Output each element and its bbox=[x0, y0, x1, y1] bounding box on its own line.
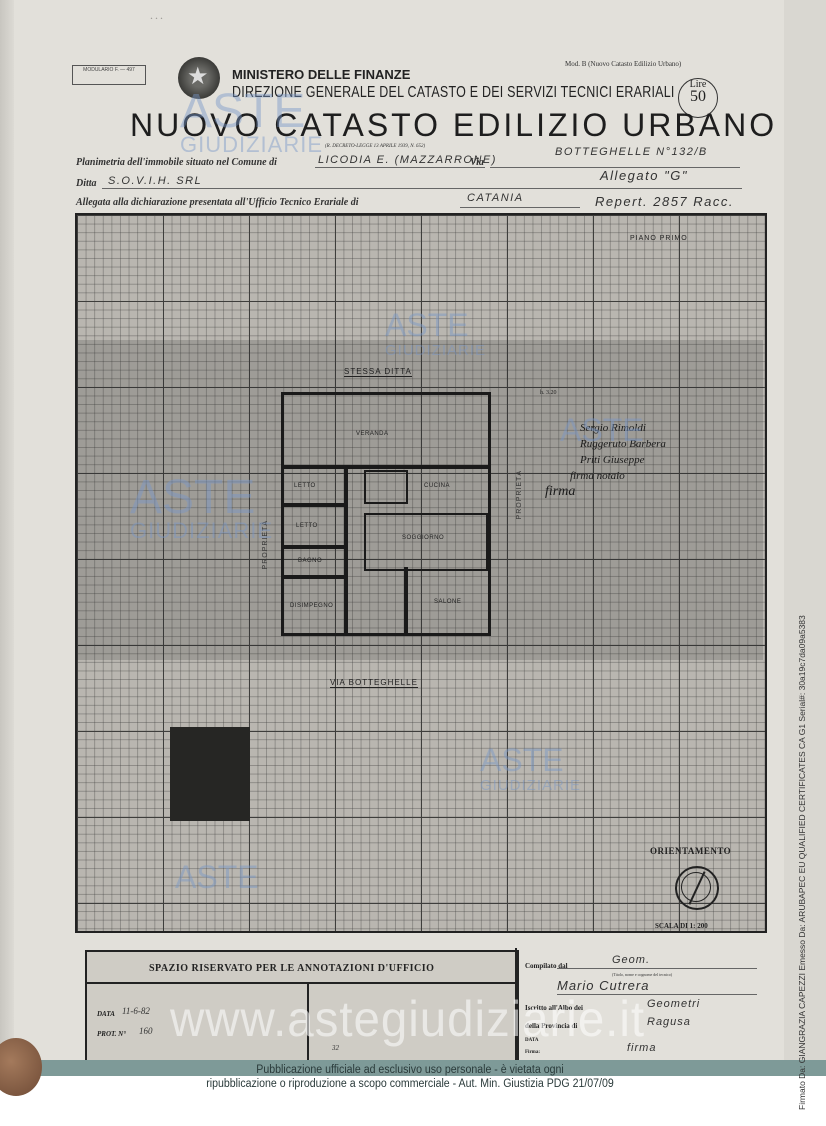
room-label: VERANDA bbox=[356, 431, 389, 437]
decree-reference: (R. DECRETO-LEGGE 13 APRILE 1939, N. 652… bbox=[325, 144, 425, 149]
room-label: DISIMPEGNO bbox=[290, 603, 333, 609]
watermark-sub: GIUDIZIARIE bbox=[180, 134, 323, 156]
right-boundary-label: PROPRIETÀ bbox=[516, 470, 523, 519]
floor-label: PIANO PRIMO bbox=[630, 235, 688, 242]
allegata-label: Allegata alla dichiarazione presentata a… bbox=[76, 197, 359, 208]
signature: firma notaio bbox=[570, 468, 666, 484]
repertorio-note: Repert. 2857 Racc. bbox=[595, 194, 734, 209]
redacted-area bbox=[170, 727, 250, 821]
watermark-brand: ASTE bbox=[480, 742, 564, 778]
north-neighbor-label: STESSA DITTA bbox=[344, 367, 412, 377]
ufficio-value: CATANIA bbox=[467, 192, 524, 204]
watermark-brand: ASTE bbox=[560, 412, 644, 448]
watermark-sub: GIUDIZIARIE bbox=[130, 520, 273, 542]
signature: Priti Giuseppe bbox=[580, 452, 666, 468]
ditta-label: Ditta bbox=[76, 178, 97, 189]
compiler-subnote: (Titolo, nome e cognome del tecnico) bbox=[612, 972, 672, 977]
wall bbox=[284, 545, 348, 549]
compiler-title: Geom. bbox=[612, 954, 650, 966]
watermark-sub: GIUDIZIARIE bbox=[480, 775, 581, 797]
room-label: SALONE bbox=[434, 599, 461, 605]
ditta-line bbox=[102, 188, 742, 189]
room-label: CUCINA bbox=[424, 483, 450, 489]
model-reference: Mod. B (Nuovo Catasto Edilizio Urbano) bbox=[565, 60, 681, 68]
watermark-brand: ASTE bbox=[175, 859, 259, 895]
wall bbox=[284, 503, 348, 507]
faded-stamp: ... bbox=[150, 8, 165, 23]
publication-notice: Pubblicazione ufficiale ad esclusivo uso… bbox=[171, 1063, 649, 1091]
digital-signature-text: Firmato Da: GIANGRAZIA CAPEZZI Emesso Da… bbox=[797, 110, 807, 1110]
aste-watermark: ASTE bbox=[560, 415, 644, 445]
firma-label: Firma: bbox=[525, 1050, 540, 1055]
street-label: VIA BOTTEGHELLE bbox=[330, 678, 418, 688]
room-bath-fixture bbox=[364, 470, 408, 504]
ditta-value: S.O.V.I.H. SRL bbox=[108, 175, 202, 187]
notice-line-2: ripubblicazione o riproduzione a scopo c… bbox=[171, 1077, 649, 1091]
comune-line bbox=[315, 167, 485, 168]
via-value: BOTTEGHELLE N°132/B bbox=[555, 146, 708, 158]
watermark-sub: GIUDIZIARIE bbox=[385, 340, 486, 362]
prot-label: PROT. N° bbox=[97, 1030, 126, 1038]
lire-value: 50 bbox=[679, 91, 717, 103]
modulario-box: MODULARIO F. — 497 bbox=[72, 65, 146, 85]
ministry-name: MINISTERO DELLE FINANZE bbox=[232, 67, 410, 82]
office-annotations-header: SPAZIO RISERVATO PER LE ANNOTAZIONI D'UF… bbox=[87, 952, 517, 984]
via-label: Via bbox=[470, 157, 484, 168]
room-label: SOGGIORNO bbox=[402, 535, 444, 541]
aste-watermark: ASTEGIUDIZIARIE bbox=[480, 745, 581, 797]
wall bbox=[281, 465, 489, 469]
data-label: DATA bbox=[97, 1010, 115, 1018]
room-soggiorno bbox=[364, 513, 488, 571]
data-value: 11-6-82 bbox=[122, 1006, 150, 1016]
allegato-note: Allegato "G" bbox=[600, 168, 688, 183]
page-edge-shadow bbox=[0, 0, 14, 1075]
watermark-brand: ASTE bbox=[385, 307, 469, 343]
aste-watermark: ASTE bbox=[175, 862, 259, 892]
room-label: LETTO bbox=[294, 483, 316, 489]
watermark-brand: ASTE bbox=[180, 85, 305, 138]
wall bbox=[344, 465, 348, 633]
albo-value: Geometri bbox=[647, 998, 700, 1010]
north-compass-icon bbox=[675, 866, 719, 910]
wall bbox=[284, 575, 348, 579]
height-note: h. 3.20 bbox=[540, 390, 557, 396]
prot-value: 160 bbox=[139, 1026, 153, 1036]
scale-label: SCALA DI 1: 200 bbox=[655, 922, 708, 930]
office-annotations-title: SPAZIO RISERVATO PER LE ANNOTAZIONI D'UF… bbox=[149, 963, 434, 974]
wall bbox=[404, 567, 408, 633]
ufficio-line bbox=[460, 207, 580, 208]
aste-watermark: ASTEGIUDIZIARIE bbox=[180, 90, 323, 156]
orientation-label: ORIENTAMENTO bbox=[650, 846, 731, 856]
room-label: LETTO bbox=[296, 523, 318, 529]
provincia-value: Ragusa bbox=[647, 1016, 691, 1028]
watermark-brand: ASTE bbox=[130, 471, 255, 524]
notice-line-1: Pubblicazione ufficiale ad esclusivo uso… bbox=[171, 1063, 649, 1077]
aste-watermark: ASTEGIUDIZIARIE bbox=[130, 476, 273, 542]
room-label: BAGNO bbox=[298, 558, 322, 564]
aste-watermark: ASTEGIUDIZIARIE bbox=[385, 310, 486, 362]
line bbox=[557, 968, 757, 969]
floor-plan: VERANDA LETTO CUCINA LETTO SOGGIORNO BAG… bbox=[281, 392, 491, 636]
signature: firma bbox=[545, 484, 666, 500]
site-watermark: www.astegiudiziarie.it bbox=[170, 990, 645, 1048]
planimetria-label: Planimetria dell'immobile situato nel Co… bbox=[76, 157, 277, 168]
